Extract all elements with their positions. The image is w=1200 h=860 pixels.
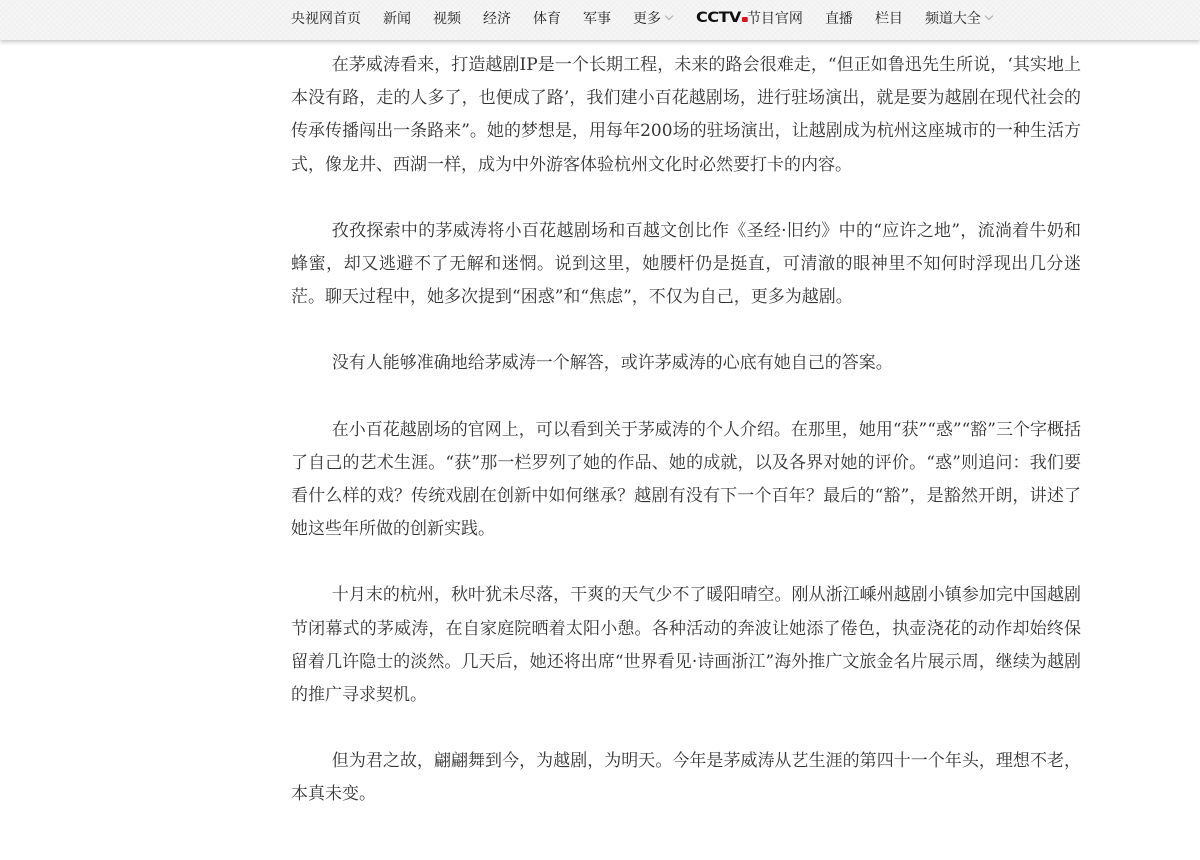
logo-text: 节目官网 [747,8,803,28]
nav-item-more-dropdown[interactable]: 更多 [633,8,672,28]
top-navigation-bar: 央视网首页 新闻 视频 经济 体育 军事 更多 CCTV 节目官网 直播 栏目 [0,0,1200,40]
nav-item-cctv-home[interactable]: 央视网首页 [291,8,361,28]
nav-item-label: 央视网首页 [291,8,361,28]
article-paragraph: 但为君之故，翩翩舞到今，为越剧，为明天。今年是茅威涛从艺生涯的第四十一个年头，理… [291,745,1081,811]
article-paragraph: 孜孜探索中的茅威涛将小百花越剧场和百越文创比作《圣经·旧约》中的“应许之地”，流… [291,215,1081,315]
nav-item-label: 经济 [483,8,511,28]
cctv-logo-icon: CCTV [696,10,748,26]
nav-item-news[interactable]: 新闻 [383,8,411,28]
nav-item-label: 栏目 [875,8,903,28]
nav-item-label: 更多 [633,8,661,28]
nav-menu: 央视网首页 新闻 视频 经济 体育 军事 更多 CCTV 节目官网 直播 栏目 [291,0,1014,36]
article-paragraph: 在茅威涛看来，打造越剧IP是一个长期工程，未来的路会很难走，“但正如鲁迅先生所说… [291,49,1081,182]
nav-item-channels-dropdown[interactable]: 频道大全 [925,8,992,28]
article-body: 在茅威涛看来，打造越剧IP是一个长期工程，未来的路会很难走，“但正如鲁迅先生所说… [291,49,1081,845]
nav-item-label: 新闻 [383,8,411,28]
nav-item-video[interactable]: 视频 [433,8,461,28]
nav-item-live[interactable]: 直播 [825,8,853,28]
nav-item-label: 军事 [583,8,611,28]
logo-red-dot [742,17,748,22]
nav-item-sports[interactable]: 体育 [533,8,561,28]
nav-item-columns[interactable]: 栏目 [875,8,903,28]
article-paragraph: 在小百花越剧场的官网上，可以看到关于茅威涛的个人介绍。在那里，她用“获”“惑”“… [291,414,1081,547]
nav-item-military[interactable]: 军事 [583,8,611,28]
nav-item-economy[interactable]: 经济 [483,8,511,28]
cctv-program-site-logo[interactable]: CCTV 节目官网 [696,8,803,28]
article-paragraph: 没有人能够准确地给茅威涛一个解答，或许茅威涛的心底有她自己的答案。 [291,347,1081,380]
chevron-down-icon [665,12,673,20]
nav-item-label: 视频 [433,8,461,28]
nav-item-label: 直播 [825,8,853,28]
article-paragraph: 十月末的杭州，秋叶犹未尽落，干爽的天气少不了暖阳晴空。刚从浙江嵊州越剧小镇参加完… [291,579,1081,712]
chevron-down-icon [985,12,993,20]
nav-item-label: 体育 [533,8,561,28]
nav-item-label: 频道大全 [925,8,981,28]
